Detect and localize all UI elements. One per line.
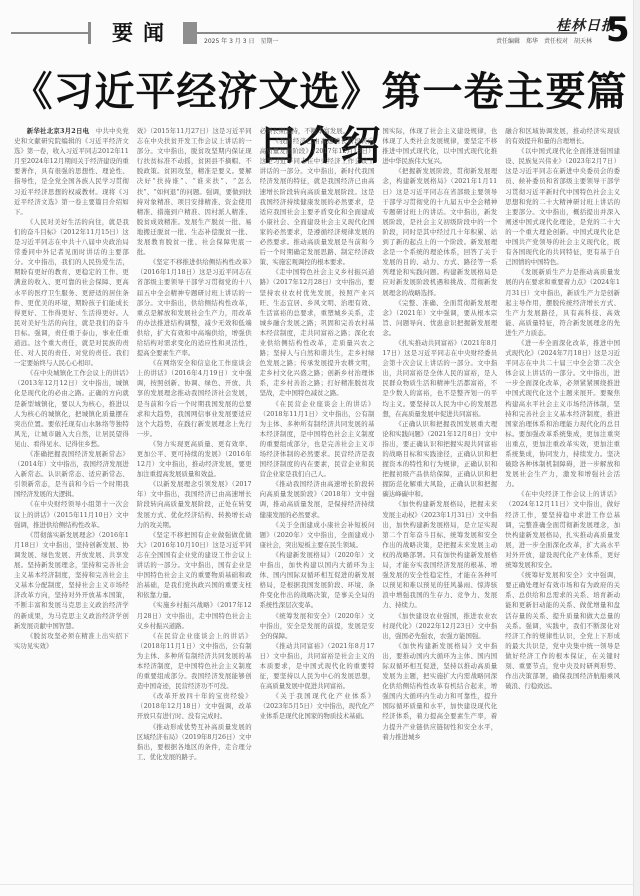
page-bottom-rule: [0, 884, 634, 885]
paragraph: 《在中央财经领导小组第十一次会议上的讲话》（2015年11月10日）文中强调，推…: [14, 499, 129, 529]
paragraph: 《推动形成优势互补高质量发展的区域经济布局》（2019年8月26日）文中指出，要…: [137, 722, 252, 762]
paragraph: 《在网络安全和信息化工作座谈会上的讲话》（2016年4月19日）文中强调，按照创…: [137, 358, 252, 439]
paragraph: 《发展新质生产力是推动高质量发展的内在要求和重要着力点》（2024年1月31日）…: [505, 267, 620, 338]
masthead-tick: [88, 22, 91, 44]
paragraph: 《准确把握我国经济发展新常态》（2014年）文中指出，我国经济发展进入新常态。认…: [14, 449, 129, 499]
paragraph: 《脱贫攻坚必须在精准上出实招下实功见实效》: [14, 631, 129, 651]
dateline: 新华社北京3月2日电: [27, 127, 89, 135]
paragraph: 《坚定不移推进供给侧结构性改革》（2016年1月18日）这是习近平同志在省部级主…: [137, 257, 252, 358]
article-body: 新华社北京3月2日电 中共中央党史和文献研究院编辑的《习近平经济文选》第一卷，收…: [14, 126, 620, 838]
article-column-1: 新华社北京3月2日电 中共中央党史和文献研究院编辑的《习近平经济文选》第一卷，收…: [14, 126, 129, 838]
paragraph: 《推动我国经济由高速增长阶段转向高质量发展阶段》（2018年）文中强调，推动高质…: [260, 479, 375, 519]
paragraph: 《在中央经济工作会议上的讲话》（2024年12月11日）文中指出，做好经济工作，…: [505, 489, 620, 570]
paragraph: 必须长期坚持，不断丰富发展。: [260, 126, 375, 136]
paragraph: 《关于我国现代化产业体系》（2023年5月5日）文中指出，现代化产业体系是现代化…: [260, 691, 375, 721]
editor-credits: 责任编辑郑华责任校对胡天林: [496, 36, 598, 45]
paragraph: 《正确认识和把握我国发展重大理论和实践问题》（2021年12月8日）文中指出，要…: [382, 419, 497, 500]
paragraph: 《坚定不移把国有企业做强做优做大》（2016年10月10日）这是习近平同志在全国…: [137, 530, 252, 601]
paragraph: 效》（2015年11月27日）这是习近平同志在中央扶贫开发工作会议上讲话的一部分…: [137, 126, 252, 257]
paragraph: 《实施乡村振兴战略》（2017年12月28日）文中指出，走中国特色社会主义乡村振…: [137, 600, 252, 630]
paragraph: 融合和区域协调发展，推动经济实现质的有效提升和量的合理增长。: [505, 126, 620, 146]
paragraph: 《加快构建新发展格局》文中指出，要推动国内大循环为主体、国内国际双循环相互促进，…: [382, 641, 497, 742]
paragraph: 《在中央城镇化工作会议上的讲话》（2013年12月12日）文中指出，城镇化是现代…: [14, 368, 129, 449]
masthead-rule-right: [197, 32, 577, 34]
paragraph: 《我国经济已由高速增长阶段转向高质量发展阶段》（2017年12月18日）这是习近…: [260, 136, 375, 267]
paragraph: 《以中国式现代化全面推进强国建设、民族复兴伟业》（2023年2月7日）这是习近平…: [505, 146, 620, 267]
paragraph: 《推动共同富裕》（2021年8月17日）文中指出，共同富裕是社会主义的本质要求，…: [260, 641, 375, 691]
proofreader-label: 责任校对: [544, 38, 568, 45]
paragraph: 《关于全面建成小康社会补短板问题》（2020年）文中指出，全面建成小康社会，突出…: [260, 520, 375, 550]
paragraph: 《统筹发展和安全》（2020年）文中指出，安全是发展的前提，发展是安全的保障。: [260, 611, 375, 641]
paragraph: 《把握新发展阶段，贯彻新发展理念，构建新发展格局》（2021年1月11日）这是习…: [382, 166, 497, 297]
paragraph: 中共中央党史和文献研究院编辑的《习近平经济文选》第一卷，收入习近平同志2012年…: [14, 127, 129, 216]
paragraph: 《加快建设农业强国，推进农业农村现代化》（2022年12月23日）文中指出，强国…: [382, 611, 497, 641]
paragraph: 《加快构建新发展格局，把握未来发展主动权》（2023年1月31日）文中指出，加快…: [382, 499, 497, 610]
paragraph: 《在民营企业座谈会上的讲话》（2018年11月1日）文中指出，公有制为主体、多种…: [137, 631, 252, 692]
article-column-5: 融合和区域协调发展，推动经济实现质的有效提升和量的合理增长。 《以中国式现代化全…: [505, 126, 620, 838]
paragraph: 《以新发展理念引领发展》（2017年）文中指出，我国经济已由高速增长阶段转向高质…: [137, 479, 252, 529]
paragraph: 《进一步全面深化改革，推进中国式现代化》（2024年7月18日）这是习近平同志在…: [505, 338, 620, 489]
paragraph: 《贯彻落实新发展理念》（2016年1月18日）文中指出，坚持创新发展、协调发展、…: [14, 530, 129, 631]
paragraph: 国实际，体现了社会主义建设规律，也体现了人类社会发展规律，要坚定不移推进中国式现…: [382, 126, 497, 166]
paragraph: 《完整、准确、全面贯彻新发展理念》（2021年）文中强调，要从根本宗旨、问题导向…: [382, 298, 497, 338]
paragraph: 《在民营企业座谈会上的讲话》（2018年11月1日）文中指出，公有制为主体、多种…: [260, 399, 375, 480]
article-column-3: 必须长期坚持，不断丰富发展。 《我国经济已由高速增长阶段转向高质量发展阶段》（2…: [260, 126, 375, 838]
editor-name: 郑华: [526, 38, 538, 45]
article-column-4: 国实际，体现了社会主义建设规律，也体现了人类社会发展规律，要坚定不移推进中国式现…: [382, 126, 497, 838]
editor-label: 责任编辑: [496, 38, 520, 45]
masthead-gray-block: [183, 22, 197, 44]
paragraph: 《扎实推动共同富裕》（2021年8月17日）这是习近平同志在中央财经委员会第十次…: [382, 338, 497, 419]
paragraph: 《构建新发展格局》（2020年）文中指出，加快构建以国内大循环为主体、国内国际双…: [260, 550, 375, 611]
section-title: 要闻: [112, 20, 174, 46]
masthead-rule-left: [11, 32, 89, 34]
paragraph: 《努力实现更高质量、更有效率、更加公平、更可持续的发展》（2016年12月）文中…: [137, 439, 252, 479]
paragraph: 《人民对美好生活的向往，就是我们的奋斗目标》（2012年11月15日）这是习近平…: [14, 217, 129, 368]
proofreader-name: 胡天林: [574, 38, 592, 45]
paragraph: 《统筹好发展和安全》文中强调，要正确处理好有效市场和有为政府的关系、总供给和总需…: [505, 570, 620, 691]
article-column-2: 效》（2015年11月27日）这是习近平同志在中央扶贫开发工作会议上讲话的一部分…: [137, 126, 252, 838]
paragraph: 《走中国特色社会主义乡村振兴道路》（2017年12月28日）文中指出，要坚持农业…: [260, 267, 375, 398]
page-number: 5: [606, 12, 630, 48]
paragraph: 《改革开放四十年的宝贵经验》（2018年12月18日）文中强调，改革开放只有进行…: [137, 691, 252, 721]
issue-date: 2025 年 3 月 3 日 星期一: [204, 36, 278, 45]
newspaper-page: 要闻 2025 年 3 月 3 日 星期一 桂林日报 责任编辑郑华责任校对胡天林…: [0, 0, 640, 896]
